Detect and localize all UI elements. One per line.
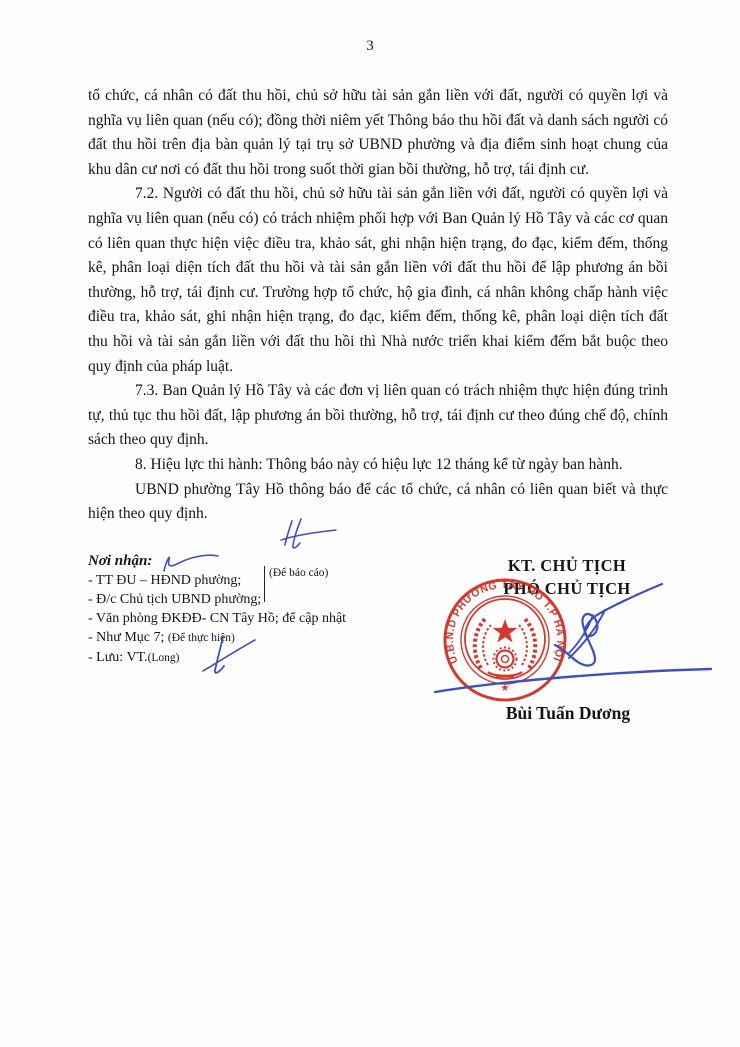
body-paragraph: 7.2. Người có đất thu hồi, chủ sở hữu tà…	[88, 182, 668, 379]
recipient-item-note: (Long)	[148, 652, 180, 664]
body-paragraph: UBND phường Tây Hồ thông báo để các tổ c…	[88, 478, 668, 527]
recipient-item: - Đ/c Chủ tịch UBND phường;	[88, 590, 408, 609]
recipients-bracket-note: (Để báo cáo)	[264, 566, 328, 602]
handwritten-signature	[425, 565, 725, 705]
body-paragraph: 8. Hiệu lực thi hành: Thông báo này có h…	[88, 453, 668, 478]
signer-name: Bùi Tuấn Dương	[448, 703, 688, 724]
body-paragraph: 7.3. Ban Quản lý Hồ Tây và các đơn vị li…	[88, 379, 668, 453]
recipient-item: - TT ĐU – HĐND phường;	[88, 571, 408, 590]
handwritten-mark-recipients-icon	[156, 548, 226, 576]
handwritten-mark-luu-icon	[193, 632, 265, 678]
document-body: tổ chức, cá nhân có đất thu hồi, chủ sở …	[88, 84, 668, 527]
recipients-heading: Nơi nhận:	[88, 553, 152, 569]
body-paragraph: tổ chức, cá nhân có đất thu hồi, chủ sở …	[88, 84, 668, 182]
page-number: 3	[0, 38, 740, 55]
recipient-item: - Văn phòng ĐKĐĐ- CN Tây Hồ; để cập nhật	[88, 609, 408, 628]
handwritten-mark-body-end-icon	[276, 512, 346, 552]
document-page: 3 tổ chức, cá nhân có đất thu hồi, chủ s…	[0, 0, 740, 1047]
